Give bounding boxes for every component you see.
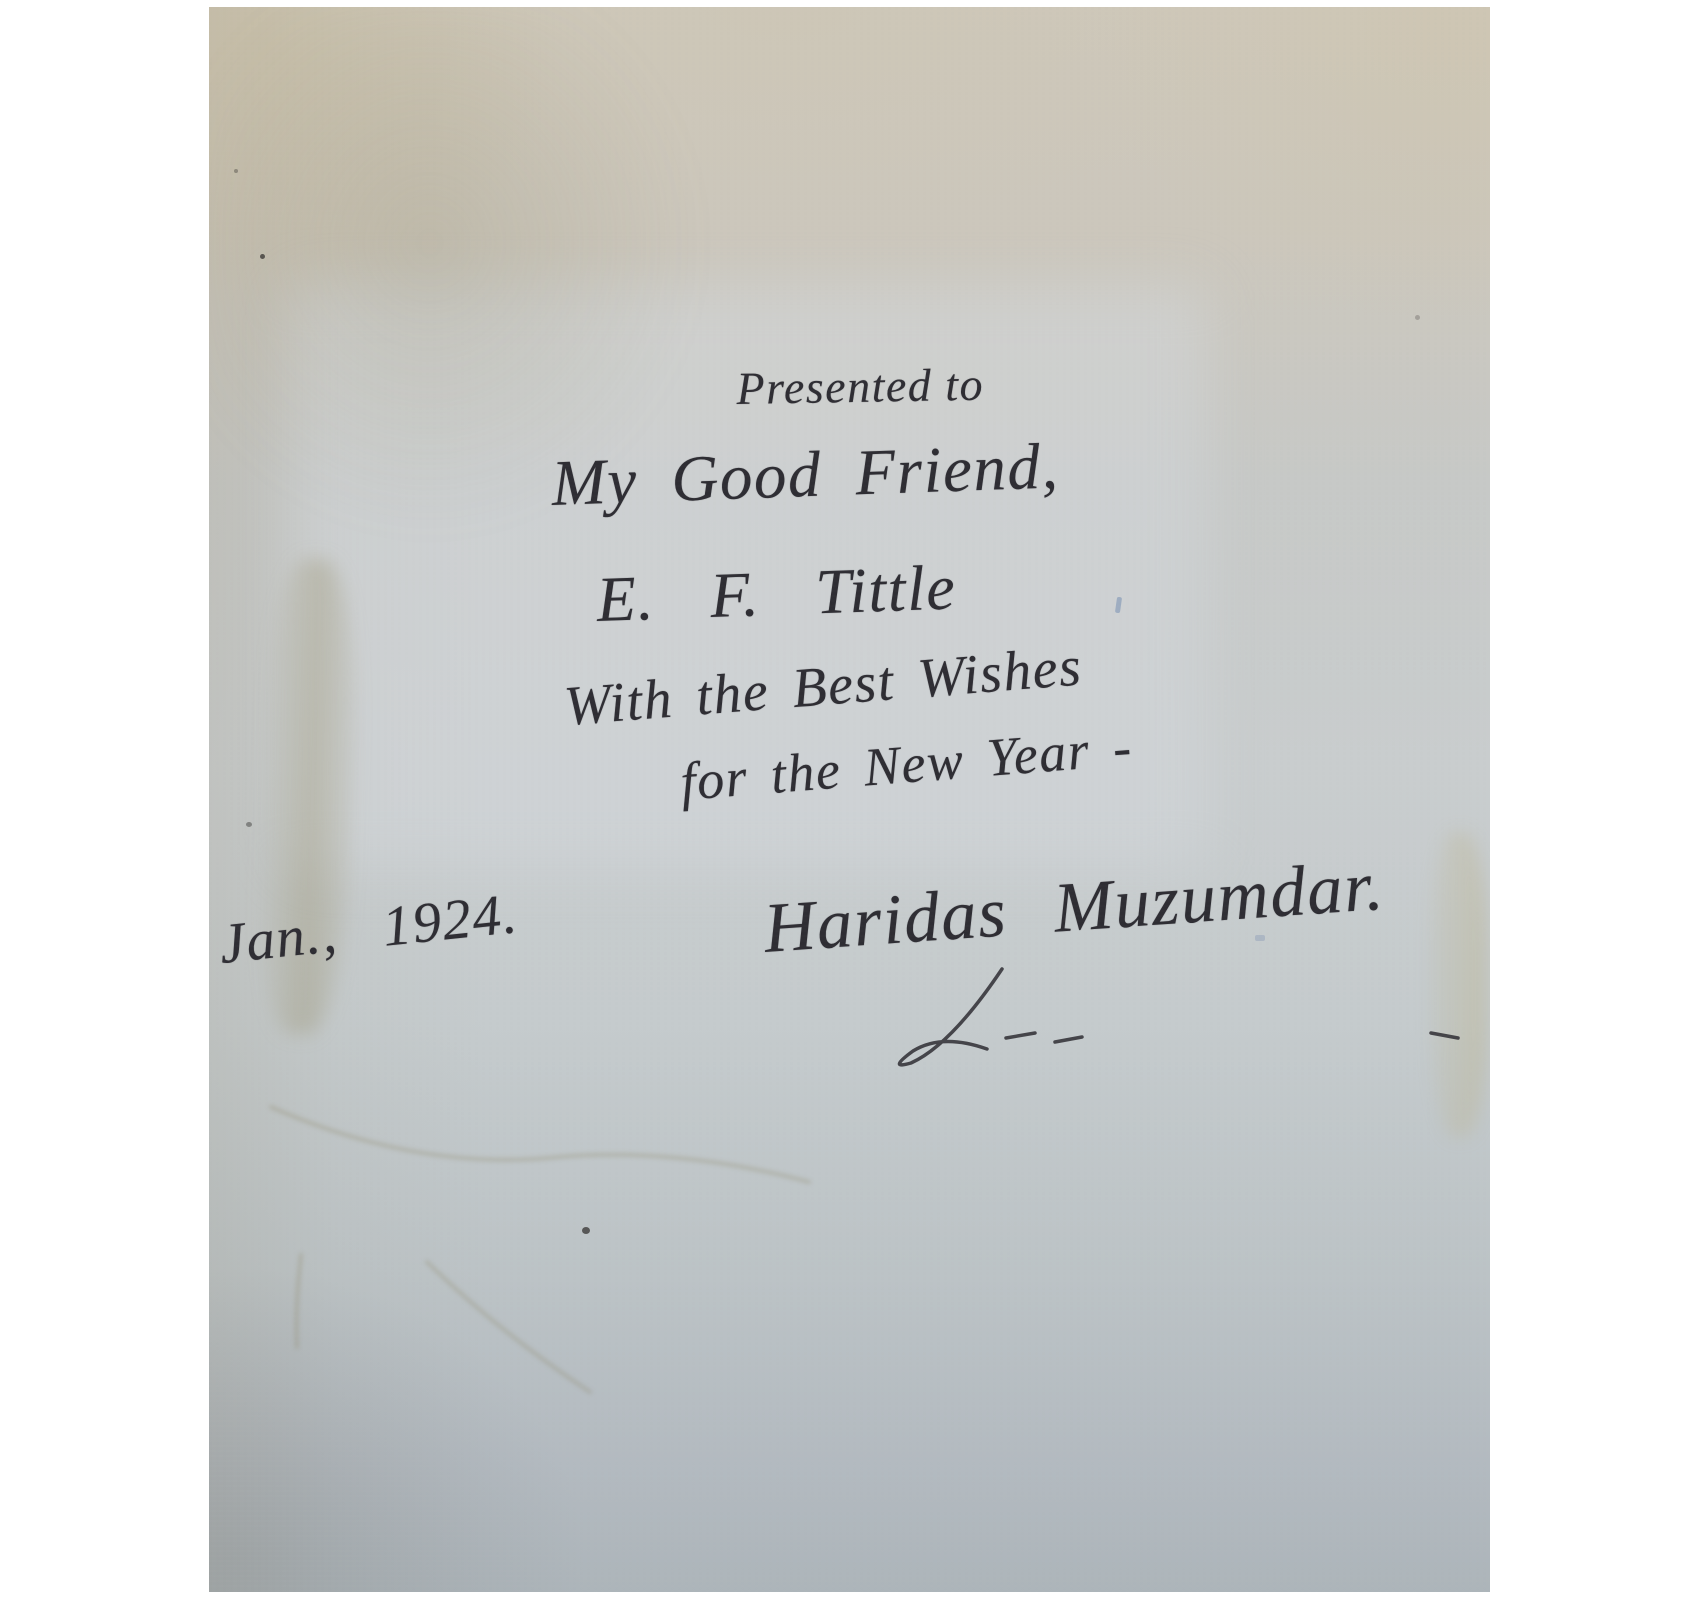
speck-dot bbox=[260, 254, 265, 259]
blue-ink-mark bbox=[1255, 935, 1265, 941]
speck-dot bbox=[1415, 315, 1420, 320]
speck-dot bbox=[246, 822, 252, 827]
inscription-line-recipient-name: E. F. Tittle bbox=[595, 550, 957, 637]
speck-dot bbox=[582, 1227, 590, 1234]
inscription-photo: Presented to My Good Friend, E. F. Tittl… bbox=[0, 0, 1700, 1600]
book-endpaper: Presented to My Good Friend, E. F. Tittl… bbox=[209, 7, 1490, 1592]
stain-right-streak bbox=[1431, 832, 1487, 1137]
inscription-line-presented-to: Presented to bbox=[736, 358, 984, 415]
speck-dot bbox=[234, 169, 238, 173]
